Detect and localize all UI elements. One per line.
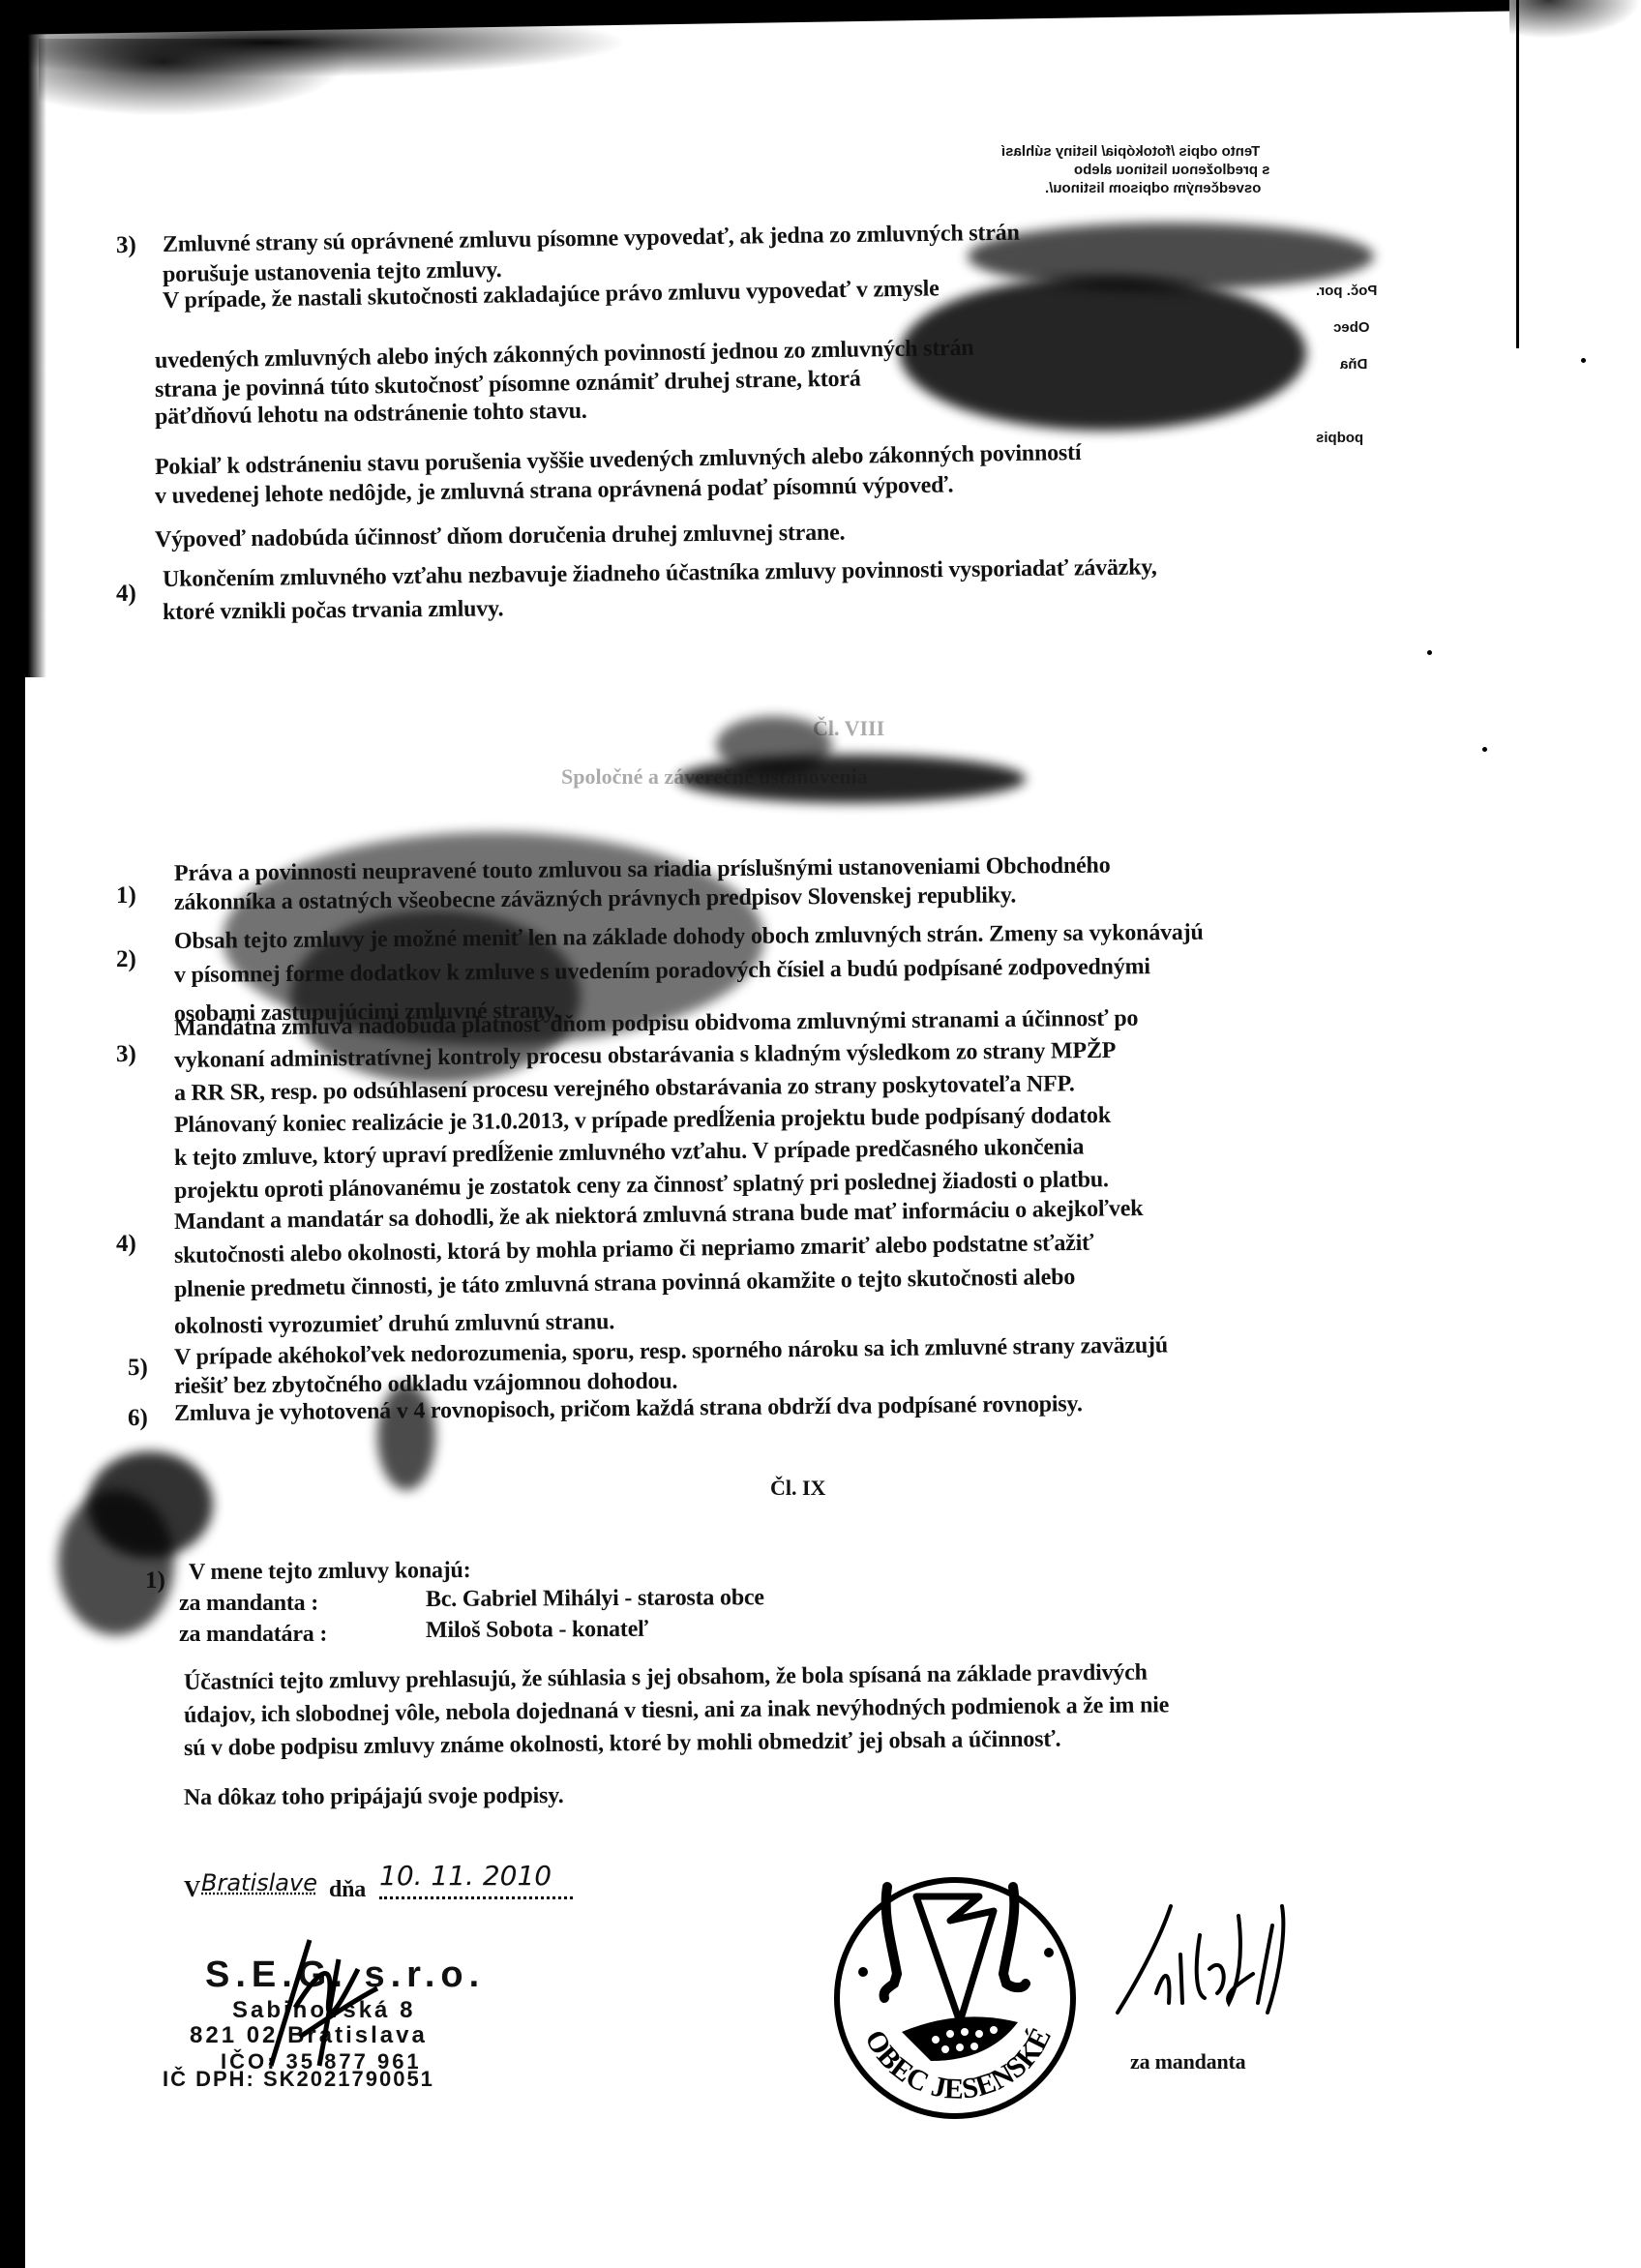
item-number: 4) [116, 581, 136, 608]
declaration-line: Účastníci tejto zmluvy prehlasujú, že sú… [184, 1660, 1148, 1696]
scan-smudge [39, 39, 348, 116]
mirrored-line: Dňa [1340, 356, 1367, 373]
scanned-contract-page: Tento odpis /fotokópia/ listiny súhlasí … [0, 0, 1641, 2268]
clause-line: a RR SR, resp. po odsúhlasení procesu ve… [174, 1071, 1075, 1107]
ink-blot [58, 1490, 174, 1635]
mirrored-line: Poč. por. [1316, 283, 1377, 299]
date-handwritten: 10. 11. 2010 [379, 1860, 552, 1892]
article-heading: Čl. IX [770, 1476, 825, 1501]
speck [1581, 358, 1586, 363]
clause-line: ktoré vznikli počas trvania zmluvy. [163, 596, 504, 626]
date-label: dňa [329, 1877, 366, 1903]
item-number: 1) [116, 882, 136, 910]
clause-line: k tejto zmluve, ktorý upraví predĺženie … [174, 1135, 1085, 1172]
item-number: 2) [116, 946, 136, 973]
article-title: Spoločné a záverečné ustanovenia [561, 764, 868, 790]
item-number: 1) [145, 1567, 165, 1595]
item-number: 4) [116, 1231, 136, 1258]
signatory-role: za mandanta : [179, 1591, 318, 1617]
speck [1482, 747, 1487, 752]
clause-line: Ukončením zmluvného vzťahu nezbavuje žia… [163, 554, 1157, 593]
mirrored-line: Obec [1333, 319, 1370, 336]
clause-line: päťdňovú lehotu na odstránenie tohto sta… [155, 399, 587, 431]
scan-smudge [1509, 0, 1641, 39]
item-number: 5) [128, 1355, 148, 1382]
declaration-line: sú v dobe podpisu zmluvy známe okolnosti… [184, 1727, 1061, 1762]
declaration-line: údajov, ich slobodnej vôle, nebola dojed… [184, 1692, 1169, 1729]
ink-blot [968, 223, 1374, 290]
signatories-intro: V mene tejto zmluvy konajú: [189, 1558, 471, 1586]
scan-edge-line [1516, 0, 1519, 348]
mirrored-line: osvedčeným odpisom listinou/. [1045, 180, 1261, 196]
clause-line: plnenie predmetu činnosti, je táto zmluv… [174, 1265, 1075, 1303]
signatory-role: za mandatára : [179, 1622, 327, 1648]
clause-line: riešiť bez zbytočného odkladu vzájomnou … [174, 1369, 678, 1400]
place-prefix: V [184, 1877, 200, 1903]
article-heading: Čl. VIII [813, 716, 884, 741]
item-number: 6) [128, 1405, 148, 1432]
place-handwritten: Bratislave [201, 1869, 317, 1896]
clause-line: okolnosti vyrozumieť druhú zmluvnú stran… [174, 1309, 614, 1340]
item-number: 3) [116, 1041, 136, 1068]
mandant-caption: za mandanta [1130, 2049, 1245, 2074]
mirrored-line: Tento odpis /fotokópia/ listiny súhlasí [1001, 143, 1260, 160]
mandant-signature-icon [1113, 1896, 1306, 2032]
clause-line: Plánovaný koniec realizácie je 31.0.2013… [174, 1103, 1111, 1139]
municipal-seal-icon: OBEC JESENSKÉ [824, 1867, 1086, 2129]
mandatary-signature-icon [242, 1930, 397, 2075]
mirrored-line: s predloženou listinou alebo [1074, 162, 1270, 178]
clause-line: skutočnosti alebo okolnosti, ktorá by mo… [174, 1231, 1094, 1269]
closing-line: Na dôkaz toho pripájajú svoje podpisy. [184, 1783, 564, 1811]
clause-line: Zmluvné strany sú oprávnené zmluvu písom… [163, 221, 1020, 258]
mirrored-line: podpis [1316, 430, 1363, 446]
signatory-name: Bc. Gabriel Mihályi - starosta obce [426, 1585, 764, 1613]
speck [1427, 650, 1432, 655]
signatory-name: Miloš Sobota - konateľ [426, 1617, 648, 1644]
clause-line: Výpoveď nadobúda účinnosť dňom doručenia… [155, 521, 846, 553]
item-number: 3) [116, 232, 136, 259]
date-dotted-line [379, 1896, 573, 1899]
